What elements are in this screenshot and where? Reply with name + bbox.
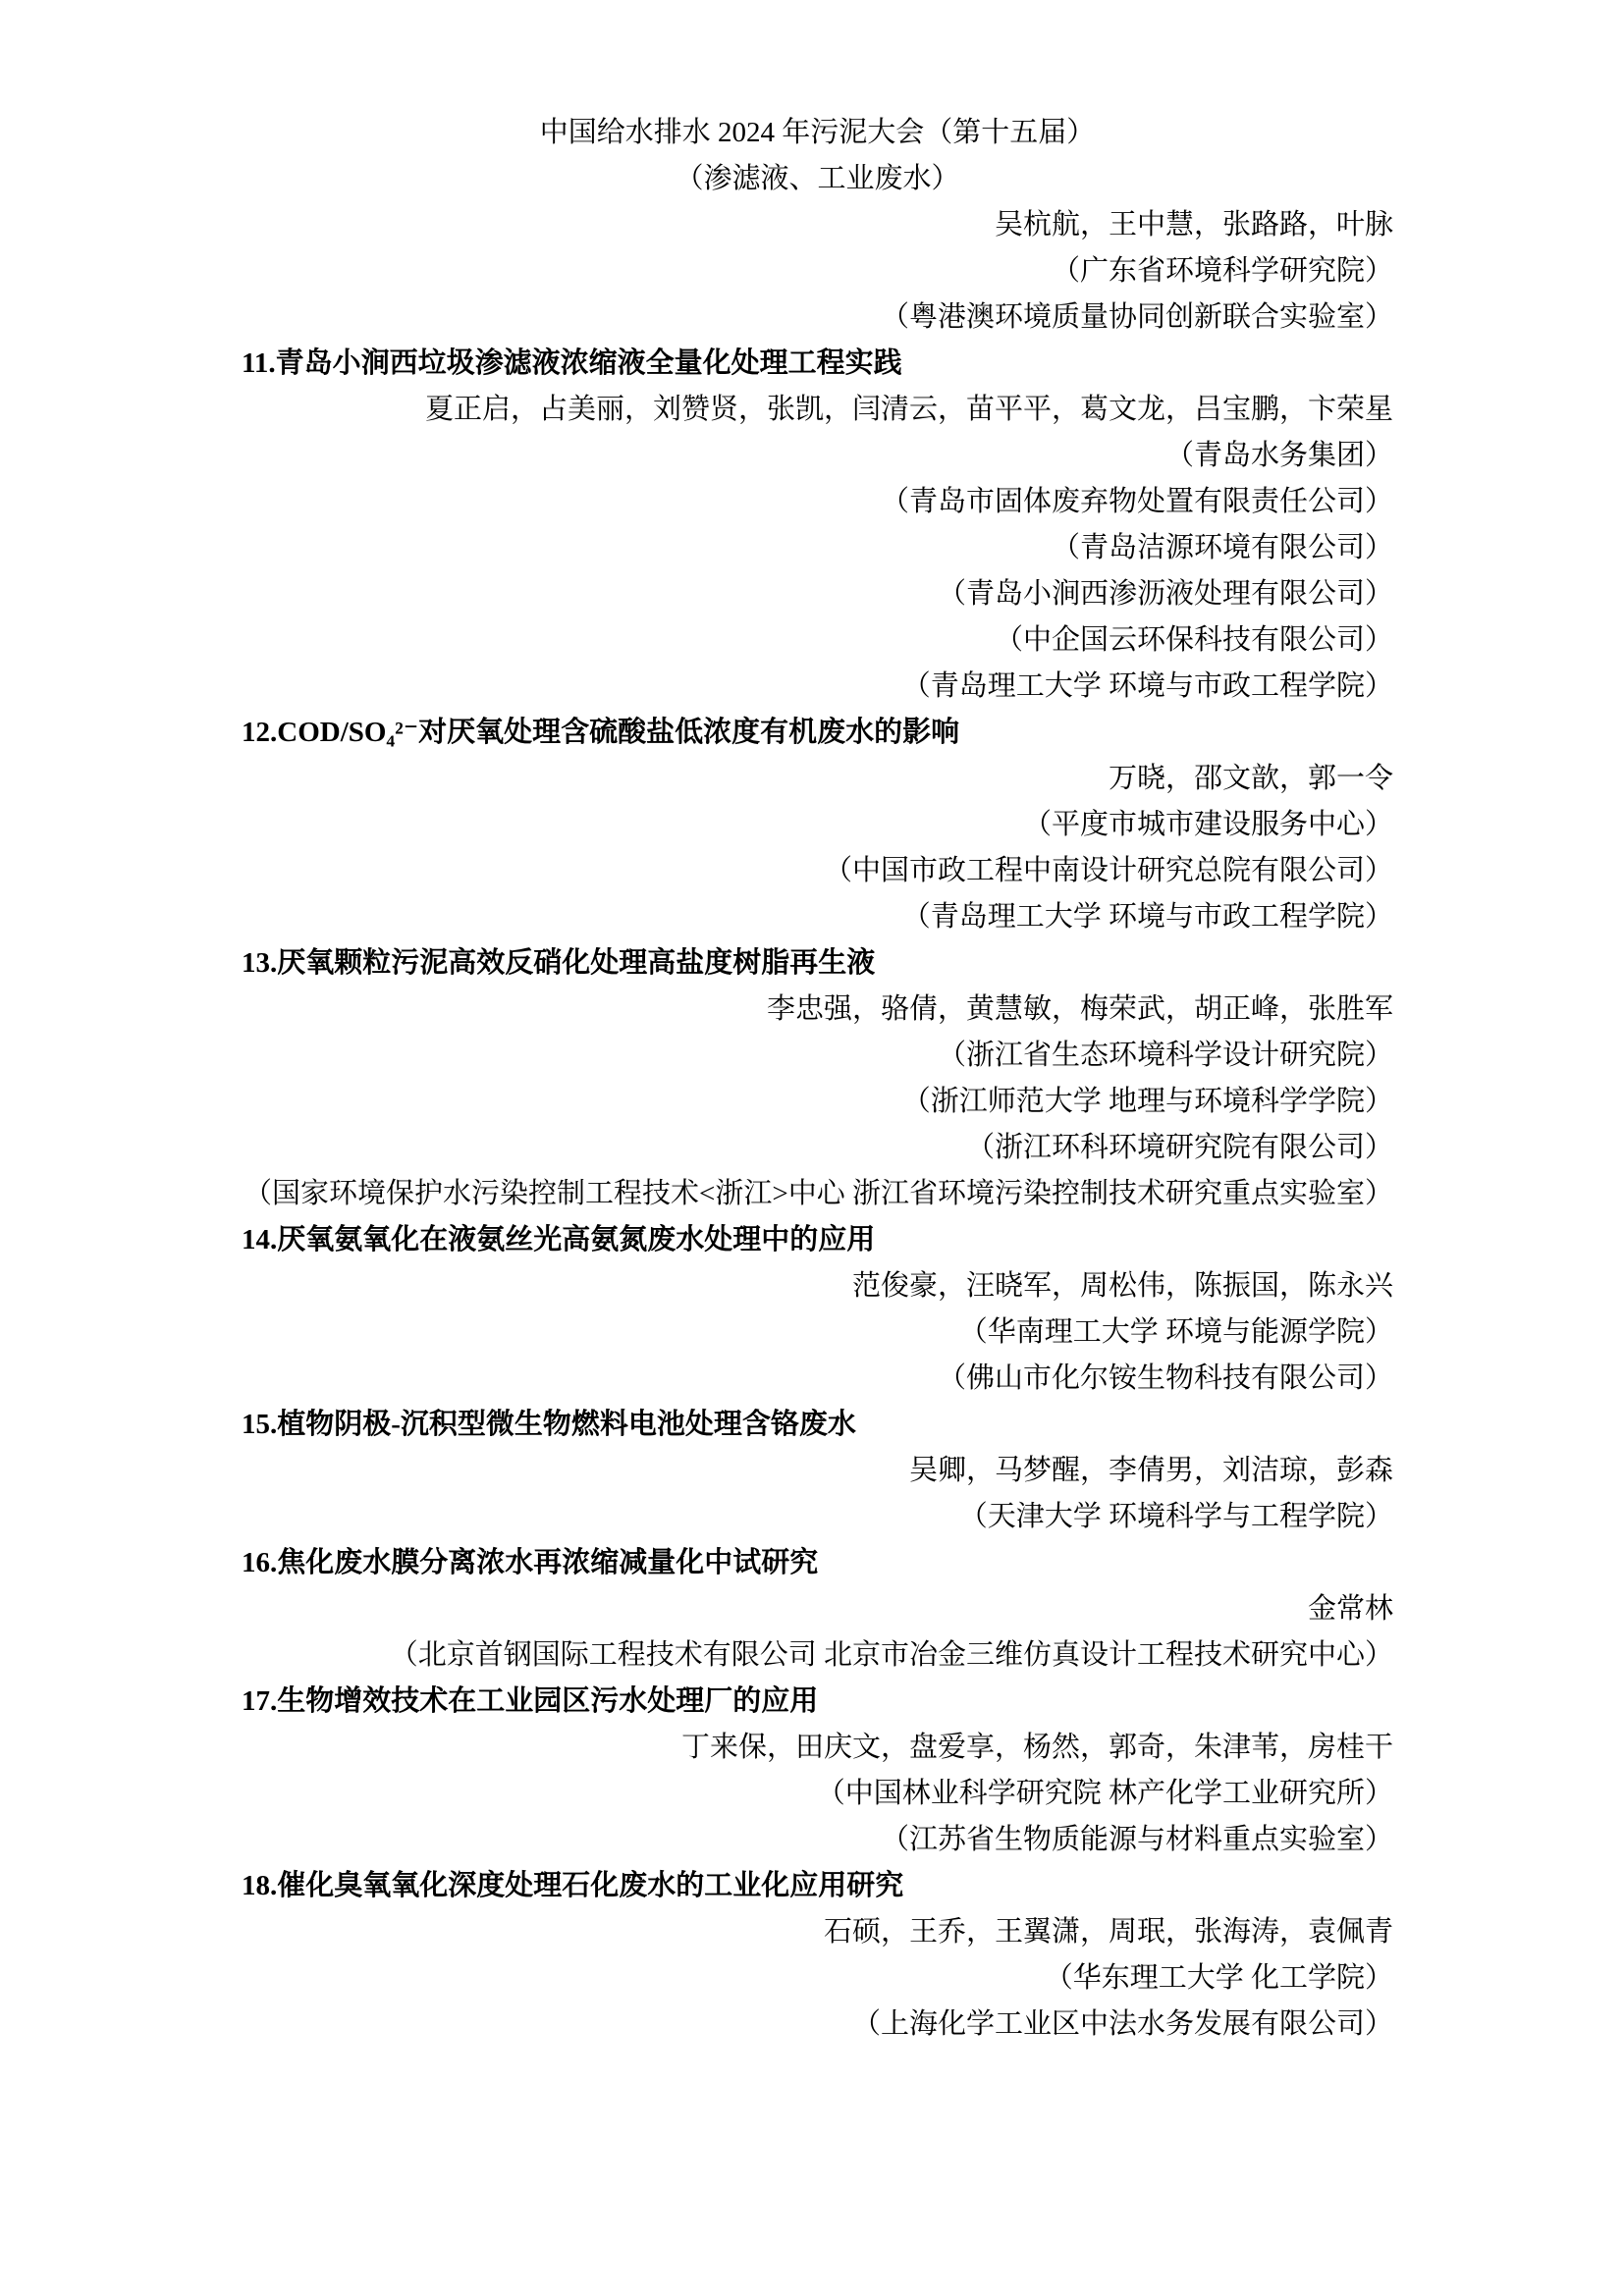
authors-line: 吴杭航，王中慧，张路路，叶脉 xyxy=(242,202,1393,248)
affiliation-line: （国家环境保护水污染控制工程技术<浙江>中心 浙江省环境污染控制技术研究重点实验… xyxy=(242,1171,1393,1217)
program-entry: 16.焦化废水膜分离浓水再浓缩减量化中试研究金常林（北京首钢国际工程技术有限公司… xyxy=(242,1540,1393,1679)
entry-title-line: 17.生物增效技术在工业园区污水处理厂的应用 xyxy=(242,1679,1393,1725)
entry-number: 13. xyxy=(242,947,277,979)
entry-title: 生物增效技术在工业园区污水处理厂的应用 xyxy=(277,1685,818,1717)
authors-line: 吴卿，马梦醒，李倩男，刘洁琼，彭森 xyxy=(242,1448,1393,1494)
affiliation-line: （中国市政工程中南设计研究总院有限公司） xyxy=(242,848,1393,894)
document-header: 中国给水排水 2024 年污泥大会（第十五届） （渗滤液、工业废水） xyxy=(242,110,1393,202)
affiliation-line: （华南理工大学 环境与能源学院） xyxy=(242,1309,1393,1356)
conference-title: 中国给水排水 2024 年污泥大会（第十五届） xyxy=(242,110,1393,156)
authors-line: 金常林 xyxy=(242,1586,1393,1632)
affiliation-line: （青岛水务集团） xyxy=(242,433,1393,479)
entry-title: COD/SO₄²⁻对厌氧处理含硫酸盐低浓度有机废水的影响 xyxy=(277,717,959,748)
affiliation-line: （浙江师范大学 地理与环境科学学院） xyxy=(242,1079,1393,1125)
affiliation-line: （广东省环境科学研究院） xyxy=(242,248,1393,294)
program-list: 11.青岛小涧西垃圾渗滤液浓缩液全量化处理工程实践夏正启，占美丽，刘赞贤，张凯，… xyxy=(242,341,1393,2048)
entry-title: 焦化废水膜分离浓水再浓缩减量化中试研究 xyxy=(277,1547,818,1578)
program-entry: 13.厌氧颗粒污泥高效反硝化处理高盐度树脂再生液李忠强，骆倩，黄慧敏，梅荣武，胡… xyxy=(242,940,1393,1217)
entry-title-line: 11.青岛小涧西垃圾渗滤液浓缩液全量化处理工程实践 xyxy=(242,341,1393,387)
program-entry: 18.催化臭氧氧化深度处理石化废水的工业化应用研究石硕，王乔，王翼潇，周珉，张海… xyxy=(242,1863,1393,2048)
authors-line: 夏正启，占美丽，刘赞贤，张凯，闫清云，苗平平，葛文龙，吕宝鹏，卞荣星 xyxy=(242,387,1393,433)
entry-title: 厌氧氨氧化在液氨丝光高氨氮废水处理中的应用 xyxy=(277,1224,875,1255)
affiliation-line: （浙江省生态环境科学设计研究院） xyxy=(242,1033,1393,1079)
affiliation-line: （浙江环科环境研究院有限公司） xyxy=(242,1125,1393,1171)
program-entry: 15.植物阴极-沉积型微生物燃料电池处理含铬废水吴卿，马梦醒，李倩男，刘洁琼，彭… xyxy=(242,1402,1393,1540)
authors-line: 范俊豪，汪晓军，周松伟，陈振国，陈永兴 xyxy=(242,1263,1393,1309)
entry-number: 14. xyxy=(242,1224,277,1255)
affiliation-line: （江苏省生物质能源与材料重点实验室） xyxy=(242,1817,1393,1863)
affiliation-line: （华东理工大学 化工学院） xyxy=(242,1955,1393,2002)
affiliation-line: （青岛洁源环境有限公司） xyxy=(242,525,1393,571)
affiliation-line: （中企国云环保科技有限公司） xyxy=(242,617,1393,664)
program-entry: 14.厌氧氨氧化在液氨丝光高氨氮废水处理中的应用范俊豪，汪晓军，周松伟，陈振国，… xyxy=(242,1217,1393,1402)
affiliation-line: （佛山市化尔铵生物科技有限公司） xyxy=(242,1356,1393,1402)
entry-number: 17. xyxy=(242,1685,277,1717)
affiliation-line: （北京首钢国际工程技术有限公司 北京市冶金三维仿真设计工程技术研究中心） xyxy=(242,1632,1393,1679)
entry-number: 11. xyxy=(242,347,276,379)
entry-title: 青岛小涧西垃圾渗滤液浓缩液全量化处理工程实践 xyxy=(276,347,902,379)
preamble-affiliations: （广东省环境科学研究院）（粤港澳环境质量协同创新联合实验室） xyxy=(242,248,1393,341)
affiliation-line: （青岛理工大学 环境与市政工程学院） xyxy=(242,664,1393,710)
affiliation-line: （平度市城市建设服务中心） xyxy=(242,802,1393,848)
entry-title: 植物阴极-沉积型微生物燃料电池处理含铬废水 xyxy=(277,1409,856,1440)
authors-line: 石硕，王乔，王翼潇，周珉，张海涛，袁佩青 xyxy=(242,1909,1393,1955)
entry-title: 厌氧颗粒污泥高效反硝化处理高盐度树脂再生液 xyxy=(277,947,875,979)
document-page: 中国给水排水 2024 年污泥大会（第十五届） （渗滤液、工业废水） 吴杭航，王… xyxy=(0,0,1624,2296)
program-entry: 12.COD/SO₄²⁻对厌氧处理含硫酸盐低浓度有机废水的影响万晓，邵文歆，郭一… xyxy=(242,710,1393,940)
entry-title-line: 16.焦化废水膜分离浓水再浓缩减量化中试研究 xyxy=(242,1540,1393,1586)
program-entry: 17.生物增效技术在工业园区污水处理厂的应用丁来保，田庆文，盘爱享，杨然，郭奇，… xyxy=(242,1679,1393,1863)
affiliation-line: （青岛小涧西渗沥液处理有限公司） xyxy=(242,571,1393,617)
authors-line: 万晓，邵文歆，郭一令 xyxy=(242,756,1393,802)
affiliation-line: （天津大学 环境科学与工程学院） xyxy=(242,1494,1393,1540)
entry-title-line: 14.厌氧氨氧化在液氨丝光高氨氮废水处理中的应用 xyxy=(242,1217,1393,1263)
authors-line: 李忠强，骆倩，黄慧敏，梅荣武，胡正峰，张胜军 xyxy=(242,987,1393,1033)
entry-number: 12. xyxy=(242,717,277,748)
authors-line: 丁来保，田庆文，盘爱享，杨然，郭奇，朱津苇，房桂干 xyxy=(242,1725,1393,1771)
affiliation-line: （粤港澳环境质量协同创新联合实验室） xyxy=(242,294,1393,341)
affiliation-line: （青岛理工大学 环境与市政工程学院） xyxy=(242,894,1393,940)
entry-number: 16. xyxy=(242,1547,277,1578)
affiliation-line: （中国林业科学研究院 林产化学工业研究所） xyxy=(242,1771,1393,1817)
affiliation-line: （上海化学工业区中法水务发展有限公司） xyxy=(242,2002,1393,2048)
program-entry: 11.青岛小涧西垃圾渗滤液浓缩液全量化处理工程实践夏正启，占美丽，刘赞贤，张凯，… xyxy=(242,341,1393,710)
entry-title-line: 15.植物阴极-沉积型微生物燃料电池处理含铬废水 xyxy=(242,1402,1393,1448)
entry-number: 18. xyxy=(242,1870,277,1901)
affiliation-line: （青岛市固体废弃物处置有限责任公司） xyxy=(242,479,1393,525)
preamble-block: 吴杭航，王中慧，张路路，叶脉 （广东省环境科学研究院）（粤港澳环境质量协同创新联… xyxy=(242,202,1393,341)
entry-title-line: 12.COD/SO₄²⁻对厌氧处理含硫酸盐低浓度有机废水的影响 xyxy=(242,710,1393,756)
entry-title-line: 18.催化臭氧氧化深度处理石化废水的工业化应用研究 xyxy=(242,1863,1393,1909)
entry-title-line: 13.厌氧颗粒污泥高效反硝化处理高盐度树脂再生液 xyxy=(242,940,1393,987)
entry-number: 15. xyxy=(242,1409,277,1440)
entry-title: 催化臭氧氧化深度处理石化废水的工业化应用研究 xyxy=(277,1870,903,1901)
conference-subtitle: （渗滤液、工业废水） xyxy=(242,156,1393,202)
